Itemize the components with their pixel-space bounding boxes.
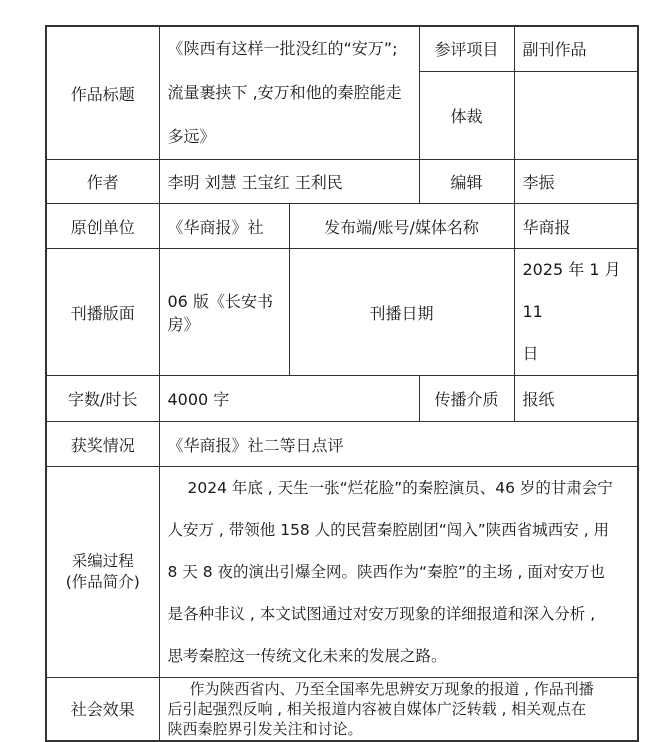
row-editing-process: 采编过程 (作品简介) 2024 年底 , 天生一张“烂花脸”的秦腔演员、46 … [46,467,638,678]
work-title-value: 《陕西有这样一批没红的“安万”; 流量裹挟下 ,安万和他的秦腔能走 多远》 [159,26,419,160]
publication-date-label: 刊播日期 [289,249,514,376]
row-social-effect: 社会效果 作为陕西省内、乃至全国率先思辨安万现象的报道 , 作品刊播 后引起强烈… [46,678,638,741]
genre-label: 体裁 [419,71,514,159]
editing-process-value: 2024 年底 , 天生一张“烂花脸”的秦腔演员、46 岁的甘肃会宁 人安万 ,… [159,467,638,678]
author-value: 李明 刘慧 王宝红 王利民 [159,160,419,204]
row-awards: 获奖情况 《华商报》社二等日点评 [46,422,638,467]
row-original-unit: 原创单位 《华商报》社 发布端/账号/媒体名称 华商报 [46,204,638,249]
row-author: 作者 李明 刘慧 王宝红 王利民 编辑 李振 [46,160,638,204]
editing-process-label: 采编过程 (作品简介) [46,467,159,678]
publication-date-value: 2025 年 1 月 11 日 [514,249,638,376]
original-unit-value: 《华商报》社 [159,204,289,249]
medium-label: 传播介质 [419,376,514,422]
publication-page-label: 刊播版面 [46,249,159,376]
original-unit-label: 原创单位 [46,204,159,249]
entry-category-value: 副刊作品 [514,26,638,71]
editor-label: 编辑 [419,160,514,204]
row-publication: 刊播版面 06 版《长安书房》 刊播日期 2025 年 1 月 11 日 [46,249,638,376]
platform-label: 发布端/账号/媒体名称 [289,204,514,249]
word-count-value: 4000 字 [159,376,419,422]
entry-category-label: 参评项目 [419,26,514,71]
row-word-count: 字数/时长 4000 字 传播介质 报纸 [46,376,638,422]
word-count-label: 字数/时长 [46,376,159,422]
platform-value: 华商报 [514,204,638,249]
awards-label: 获奖情况 [46,422,159,467]
author-label: 作者 [46,160,159,204]
row-work-title: 作品标题 《陕西有这样一批没红的“安万”; 流量裹挟下 ,安万和他的秦腔能走 多… [46,26,638,71]
awards-value: 《华商报》社二等日点评 [159,422,638,467]
social-effect-label: 社会效果 [46,678,159,741]
genre-value [514,71,638,159]
editor-value: 李振 [514,160,638,204]
medium-value: 报纸 [514,376,638,422]
entry-form-table: 作品标题 《陕西有这样一批没红的“安万”; 流量裹挟下 ,安万和他的秦腔能走 多… [45,25,639,742]
work-title-label: 作品标题 [46,26,159,160]
document-page: 作品标题 《陕西有这样一批没红的“安万”; 流量裹挟下 ,安万和他的秦腔能走 多… [0,0,661,738]
social-effect-value: 作为陕西省内、乃至全国率先思辨安万现象的报道 , 作品刊播 后引起强烈反响 , … [159,678,638,741]
publication-page-value: 06 版《长安书房》 [159,249,289,376]
